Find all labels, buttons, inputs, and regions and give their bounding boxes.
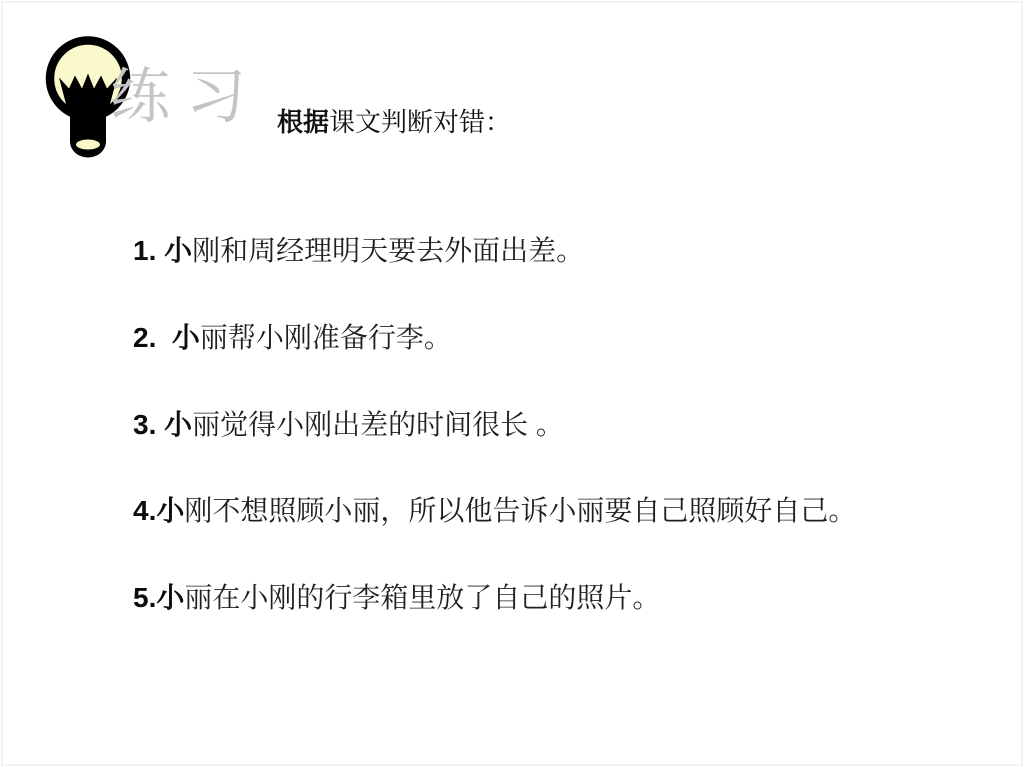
item-text: 丽觉得小刚出差的时间很长 。: [192, 409, 564, 440]
exercise-item: 1. 小刚和周经理明天要去外面出差。: [133, 234, 984, 268]
item-number-lead: 3. 小: [133, 409, 192, 440]
item-text: 丽在小刚的行李箱里放了自己的照片。: [184, 582, 660, 613]
item-text: 刚不想照顾小丽，所以他告诉小丽要自己照顾好自己。: [184, 495, 856, 526]
item-text: 刚和周经理明天要去外面出差。: [192, 235, 584, 266]
slide: 练习 根据课文判断对错： 1. 小刚和周经理明天要去外面出差。2. 小丽帮小刚准…: [0, 0, 1024, 767]
exercise-item: 2. 小丽帮小刚准备行李。: [133, 321, 984, 355]
exercise-list: 1. 小刚和周经理明天要去外面出差。2. 小丽帮小刚准备行李。3. 小丽觉得小刚…: [0, 0, 1024, 767]
exercise-item: 4.小刚不想照顾小丽，所以他告诉小丽要自己照顾好自己。: [133, 494, 984, 528]
item-number-lead: 5.小: [133, 582, 184, 613]
item-number-lead: 2. 小: [133, 322, 200, 353]
item-text: 丽帮小刚准备行李。: [200, 322, 452, 353]
exercise-item: 5.小丽在小刚的行李箱里放了自己的照片。: [133, 581, 984, 615]
item-number-lead: 4.小: [133, 495, 184, 526]
exercise-item: 3. 小丽觉得小刚出差的时间很长 。: [133, 408, 984, 442]
item-number-lead: 1. 小: [133, 235, 192, 266]
